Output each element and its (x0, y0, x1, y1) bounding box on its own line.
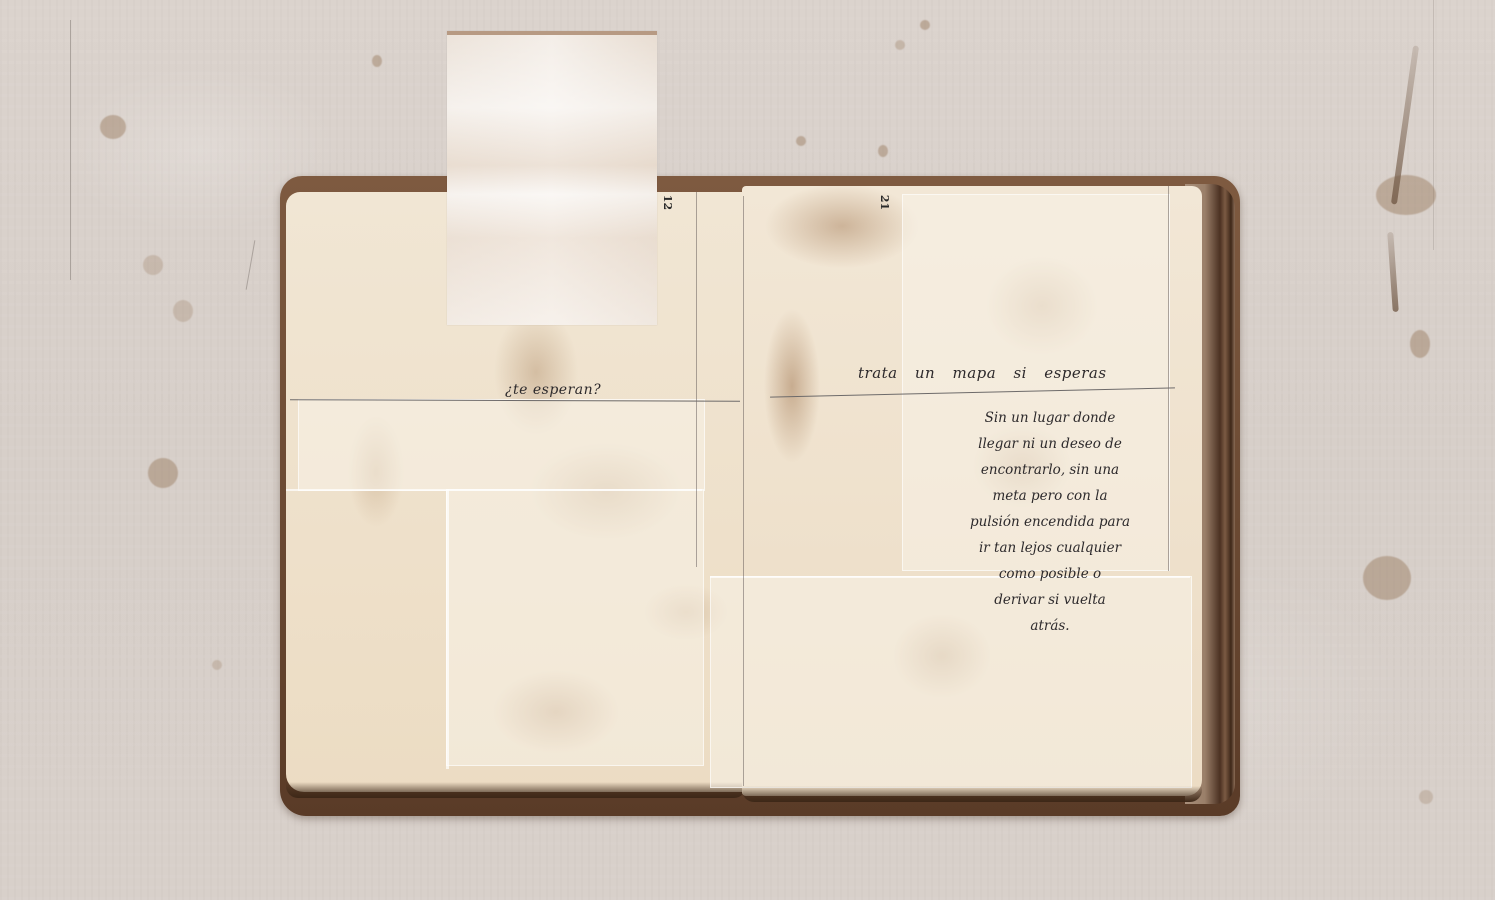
wall-stain (1363, 556, 1411, 600)
wall-stain (100, 115, 126, 139)
handwritten-line: meta pero con la (955, 483, 1145, 509)
wall-stain (372, 55, 382, 67)
wall-stain (878, 145, 888, 157)
handwritten-paragraph: Sin un lugar donde llegar ni un deseo de… (955, 405, 1145, 639)
handwritten-caption-left: ¿te esperan? (505, 382, 601, 398)
pasted-blank-card (447, 31, 657, 325)
wall-stain (1376, 175, 1436, 215)
wall-stain (143, 255, 163, 275)
handwritten-line: ir tan lejos cualquier (955, 535, 1145, 561)
paper-seam (696, 192, 697, 567)
handwritten-line: llegar ni un deseo de (955, 431, 1145, 457)
wall-stain (895, 40, 905, 50)
wall-stain (796, 136, 806, 146)
gutter-line (743, 196, 744, 786)
handwritten-line: Sin un lugar donde (955, 405, 1145, 431)
wall-stain (173, 300, 193, 322)
wall-stain (1419, 790, 1433, 804)
handwritten-line: derivar si vuelta (955, 587, 1145, 613)
handwritten-heading-right: trata un mapa si esperas (858, 364, 1107, 382)
handwritten-line: pulsión encendida para (955, 509, 1145, 535)
wall-stain (920, 20, 930, 30)
paper-seam (286, 489, 702, 491)
pasted-paper-strip (446, 489, 704, 766)
handwritten-line: atrás. (955, 613, 1145, 639)
handwritten-line: como posible o (955, 561, 1145, 587)
paper-seam (1168, 186, 1169, 571)
burnt-bottom-edge (286, 782, 746, 798)
page-number-left: 12 (661, 195, 674, 210)
handwritten-line: encontrarlo, sin una (955, 457, 1145, 483)
pasted-paper-strip (298, 399, 705, 491)
wall-stain (148, 458, 178, 488)
wall-scratch (70, 20, 71, 280)
wall-scratch (1433, 0, 1434, 250)
wall-stain (1410, 330, 1430, 358)
wall-stain (212, 660, 222, 670)
burnt-bottom-edge (742, 786, 1202, 802)
page-number-right: 21 (878, 195, 891, 210)
paper-seam (446, 489, 449, 769)
